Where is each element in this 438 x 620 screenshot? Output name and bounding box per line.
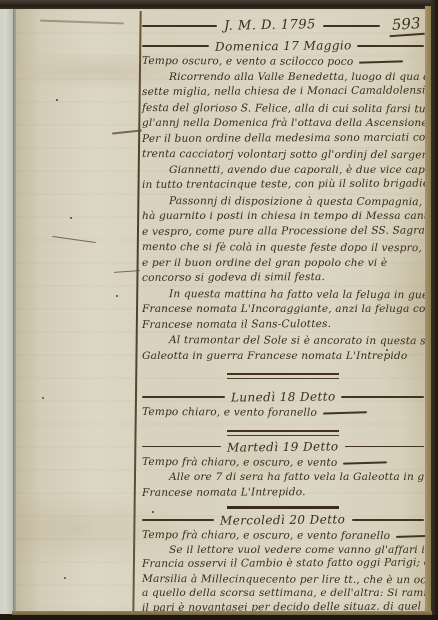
manuscript-line: Marsilia à Millecinquecento per lire tt.… — [142, 572, 424, 588]
heading-rule-left — [142, 446, 221, 448]
heading-rule-left — [142, 519, 214, 521]
heading-rule-left — [142, 45, 209, 47]
manuscript-line: Tempo frà chiaro, e oscuro, e vento fora… — [142, 528, 424, 544]
manuscript-line: Ricorrendo alla Valle Benedetta, luogo d… — [142, 70, 424, 86]
manuscript-line: hà guarnito i posti in chiesa in tempo d… — [142, 209, 424, 225]
manuscript-line: gl'annj nella Domenica frà l'ottava dell… — [142, 116, 424, 132]
manuscript-line: trenta cacciatorj volontarj sotto gl'ord… — [142, 147, 424, 164]
manuscript-line: in tutto trentacinque teste, con più il … — [142, 177, 424, 194]
journal-entry: Mercoledì 20 DettoTempo frà chiaro, e os… — [142, 506, 424, 613]
manuscript-line: e vespro, come pure alla Processione del… — [142, 223, 424, 240]
manuscript-line: Francese nomata L'Intrepido. — [142, 484, 424, 501]
facing-page-edge — [0, 8, 14, 614]
photo-border-right — [431, 0, 438, 620]
manuscript-line: concorso si godeva di simil festa. — [142, 270, 424, 287]
manuscript-line: Francese nomata il Sans-Culottes. — [142, 316, 424, 333]
manuscript-line: Galeotta in guerra Francese nomata L'Int… — [142, 349, 424, 365]
journal-entry: Domenica 17 MaggioTempo oscuro, e vento … — [142, 38, 424, 364]
entry-heading: Lunedì 18 Detto — [225, 389, 342, 404]
manuscript-line: mento che si fè colà in queste feste dop… — [142, 240, 424, 257]
entry-heading: Martedì 19 Detto — [221, 439, 345, 454]
ink-flourish — [323, 411, 367, 414]
section-divider — [227, 430, 339, 436]
manuscript-line: Per il buon ordine della medesima sono m… — [142, 130, 424, 147]
page-number: 593 — [389, 14, 425, 37]
entry-heading-row: Martedì 19 Detto — [142, 439, 424, 455]
paper-scratch — [40, 20, 124, 25]
entry-lines: Tempo frà chiaro, e oscuro, e ventoAlle … — [142, 455, 424, 502]
manuscript-line: Tempo oscuro, e vento a scilocco poco — [142, 54, 424, 71]
section-divider — [227, 506, 339, 509]
journal-entry: Martedì 19 DettoTempo frà chiaro, e oscu… — [142, 430, 424, 502]
entry-lines: Tempo chiaro, e vento foranello — [142, 405, 424, 421]
manuscript-line: Giannetti, avendo due caporali, è due vi… — [142, 163, 424, 179]
page-title: J. M. D. 1795 — [217, 17, 323, 34]
title-rule-left — [142, 25, 217, 27]
manuscript-photo: J. M. D. 1795 593 Domenica 17 MaggioTemp… — [0, 0, 438, 620]
ink-specks — [56, 99, 58, 101]
ink-flourish — [343, 461, 387, 464]
entry-lines: Tempo oscuro, e vento a scilocco pocoRic… — [142, 54, 424, 364]
manuscript-line: e per il buon ordine del gran popolo che… — [142, 256, 424, 272]
ink-flourish — [359, 60, 403, 63]
manuscript-line: Al tramontar del Sole si è ancorato in q… — [142, 333, 424, 350]
heading-rule-right — [352, 519, 424, 521]
manuscript-line: Francese nomata L'Incoraggiante, anzi la… — [142, 302, 424, 318]
entry-heading: Mercoledì 20 Detto — [214, 512, 351, 527]
manuscript-line: Tempo chiaro, e vento foranello — [142, 405, 424, 422]
manuscript-page: J. M. D. 1795 593 Domenica 17 MaggioTemp… — [16, 9, 426, 613]
heading-rule-left — [142, 396, 225, 398]
photo-border-bottom — [0, 615, 438, 620]
manuscript-line: Alle ore 7 di sera ha fatto vela la Gale… — [142, 470, 424, 486]
entry-heading-row: Domenica 17 Maggio — [142, 38, 424, 54]
margin-rule-line — [132, 11, 141, 613]
manuscript-line: Francia osservi il Cambio è stato fatto … — [142, 556, 424, 572]
manuscript-line: Passonnj di disposizione à questa Compag… — [142, 194, 424, 211]
journal-entries: Domenica 17 MaggioTempo oscuro, e vento … — [142, 38, 424, 613]
manuscript-line: festa del glorioso S. Felice, alla di cu… — [142, 101, 424, 118]
entry-heading-row: Lunedì 18 Detto — [142, 389, 424, 405]
entry-lines: Tempo frà chiaro, e oscuro, e vento fora… — [142, 528, 424, 613]
ink-flourish — [396, 535, 426, 538]
manuscript-line: sette miglia, nella chiesa de i Monaci C… — [142, 84, 424, 101]
heading-rule-right — [341, 396, 424, 398]
section-divider — [227, 373, 339, 379]
page-title-row: J. M. D. 1795 593 — [142, 16, 424, 35]
entry-heading-row: Mercoledì 20 Detto — [142, 512, 424, 528]
photo-border-top — [0, 0, 438, 9]
text-column: J. M. D. 1795 593 Domenica 17 MaggioTemp… — [142, 9, 424, 613]
manuscript-line: Tempo frà chiaro, e oscuro, e vento — [142, 455, 424, 472]
heading-rule-right — [345, 446, 424, 448]
journal-entry: Lunedì 18 DettoTempo chiaro, e vento for… — [142, 373, 424, 421]
entry-heading: Domenica 17 Maggio — [209, 38, 358, 54]
ink-stroke — [52, 236, 96, 243]
manuscript-line: In questa mattina ha fatto vela la felug… — [142, 287, 424, 304]
heading-rule-right — [357, 45, 424, 47]
title-rule-right — [323, 25, 380, 27]
